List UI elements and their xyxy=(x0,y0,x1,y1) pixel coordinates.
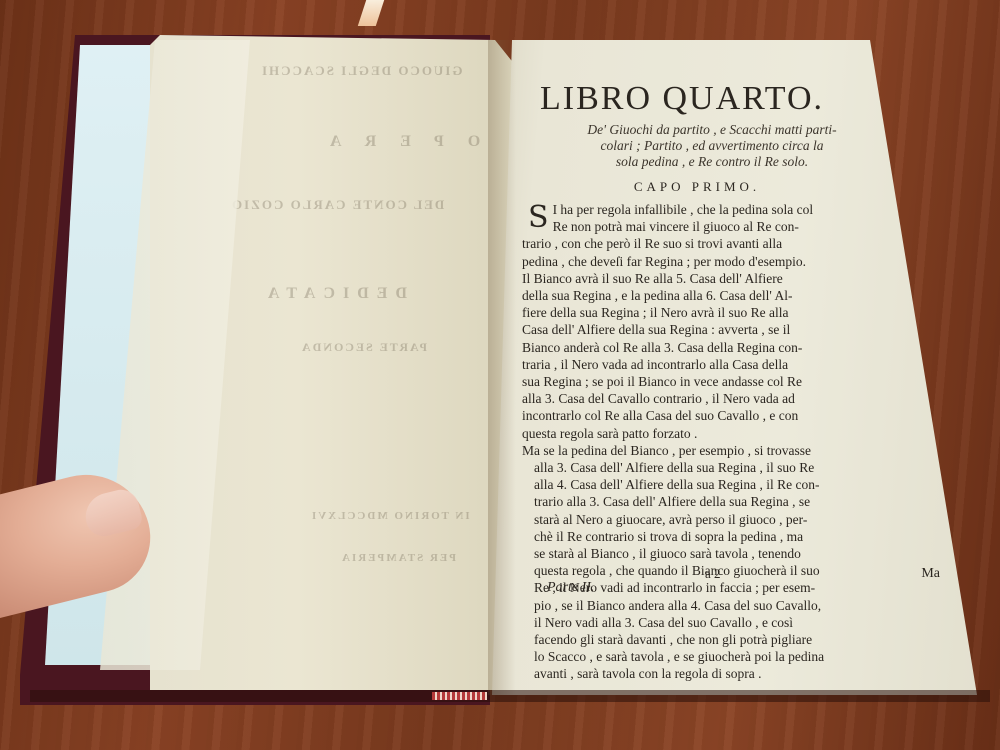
subtitle-line: De' Giuochi da partito , e Scacchi matti… xyxy=(522,122,902,138)
text-line: fiere della sua Regina ; il Nero avrà il… xyxy=(522,304,942,321)
chapter-heading: CAPO PRIMO. xyxy=(522,179,872,195)
ghost-line: DEL CONTE CARLO COZIO xyxy=(230,197,444,213)
ghost-line: PER STAMPERIA xyxy=(340,552,456,564)
text-line: Ma se la pedina del Bianco , per esempio… xyxy=(522,442,942,459)
text-line: se starà al Bianco , il giuoco sarà tavo… xyxy=(522,545,942,562)
text-line: alla 3. Casa dell' Alfiere della sua Reg… xyxy=(522,459,942,476)
text-line: facendo gli starà davanti , che non gli … xyxy=(522,631,942,648)
text-line: il Nero vadi alla 3. Casa del suo Cavall… xyxy=(522,614,942,631)
text-line: chè il Re contrario si trova di sopra la… xyxy=(522,528,942,545)
text-line: Il Bianco avrà il suo Re alla 5. Casa de… xyxy=(522,270,942,287)
book-bottom-edge xyxy=(30,690,990,702)
headband xyxy=(432,692,487,700)
subtitle-line: colari ; Partito , ed avvertimento circa… xyxy=(522,138,902,154)
text-line: alla 3. Casa del Cavallo contrario , il … xyxy=(522,390,942,407)
text-line: questa regola sarà patto forzato . xyxy=(522,425,942,442)
text-line: della sua Regina , e la pedina alla 6. C… xyxy=(522,287,942,304)
text-line: lo Scacco , e sarà tavola , e se giuoche… xyxy=(522,648,942,665)
text-line: Casa dell' Alfiere della sua Regina : av… xyxy=(522,321,942,338)
text-line: sua Regina ; se poi il Bianco in vece an… xyxy=(522,373,942,390)
text-line: I ha per regola infallibile , che la ped… xyxy=(522,201,942,218)
ghost-line: PARTE SECONDA xyxy=(300,340,427,355)
subtitle-line: sola pedina , e Re contro il Re solo. xyxy=(522,154,902,170)
text-line: avanti , sarà tavola con la regola di so… xyxy=(522,665,942,682)
text-line: Re non potrà mai vincere il giuoco al Re… xyxy=(522,218,942,235)
book-gutter xyxy=(488,40,516,695)
part-label: Parte II. xyxy=(547,580,594,596)
text-line: trario , con che però il Re suo si trovi… xyxy=(522,235,942,252)
text-line: alla 4. Casa dell' Alfiere della sua Reg… xyxy=(522,476,942,493)
chapter-subtitle: De' Giuochi da partito , e Scacchi matti… xyxy=(522,122,902,170)
text-line: trario alla 3. Casa dell' Alfiere della … xyxy=(522,493,942,510)
ghost-line: DEDICATA xyxy=(260,285,407,303)
page-footer: a 2 Ma Parte II. xyxy=(525,566,945,606)
catchword: Ma xyxy=(921,566,940,582)
text-line: pedina , che deveſi far Regina ; per mod… xyxy=(522,253,942,270)
page-title: LIBRO QUARTO. xyxy=(540,80,942,118)
ghost-line: O P E R A xyxy=(320,133,480,151)
drop-cap: S xyxy=(528,205,549,231)
paragraph-2: Ma se la pedina del Bianco , per esempio… xyxy=(522,442,942,683)
ghost-line: IN TORINO MDCCLXVI xyxy=(310,510,470,522)
text-line: Bianco anderà col Re alla 3. Casa della … xyxy=(522,339,942,356)
signature-mark: a 2 xyxy=(705,566,721,582)
text-line: starà al Nero a giuocare, avrà perso il … xyxy=(522,511,942,528)
ghost-line: GIUOCO DEGLI SCACCHI xyxy=(260,63,463,79)
text-line: incontrarlo col Re alla Casa del suo Cav… xyxy=(522,407,942,424)
text-line: traria , il Nero vada ad incontrarlo all… xyxy=(522,356,942,373)
paragraph-1: S I ha per regola infallibile , che la p… xyxy=(522,201,942,442)
